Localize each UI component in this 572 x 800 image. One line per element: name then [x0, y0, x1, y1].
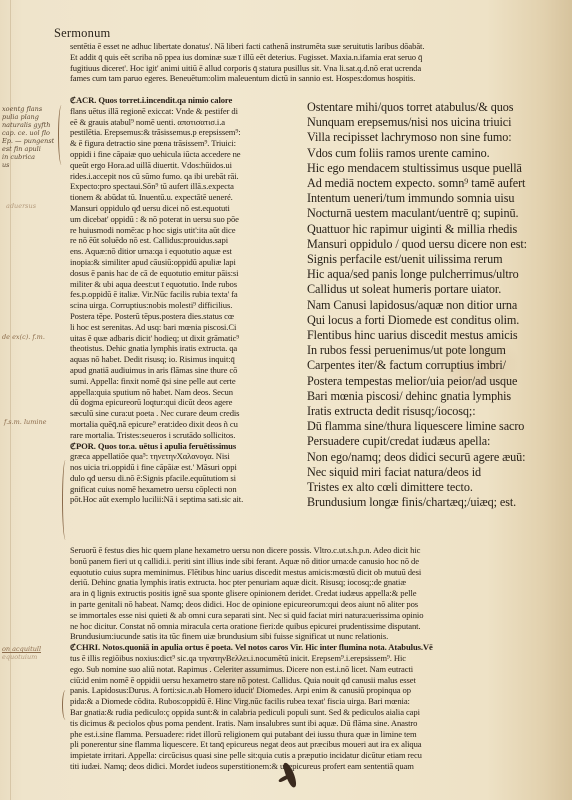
- text-line: fes.p.oppidū ē italiæ. Vir.Nūc facilis r…: [70, 289, 292, 300]
- text-line: sumi. Appella: finxit nomē q̄si sine pel…: [70, 376, 292, 387]
- verse-line: Carpentes iter/& factum corruptius imbri…: [307, 358, 557, 373]
- text-line: Brundusium:iucunde satis ita tūc finem u…: [70, 631, 550, 642]
- text-line: ciū:id enim nomē ē oppidii uersu hexamet…: [70, 675, 550, 686]
- running-head: Sermonum: [54, 26, 110, 41]
- text-line: apud gnatiā audiuimus in aris flāmas sin…: [70, 365, 292, 376]
- marginal-note-line: naturalis gyfth: [2, 121, 54, 129]
- text-line: sæculū sine cura:ut poeta . Nec curare d…: [70, 408, 292, 419]
- text-line: rides.i.accepit nos cū sūmo fumo. qa ibi…: [70, 171, 292, 182]
- text-line: tis dicimus & peciolos qbus poma pendent…: [70, 718, 550, 729]
- verse-line: Tristes ex alto cœli dimittere tecto.: [307, 480, 557, 495]
- verse-line: Non ego/namq; deos didici securū agere æ…: [307, 450, 557, 465]
- verse-line: Nec siquid miri faciat natura/deos id: [307, 465, 557, 480]
- text-line: uitas ē quæ adbaris dicit' hodieq; ut di…: [70, 333, 292, 344]
- text-line: eē & grauis atabul⁹ nomē uenti. αποτισατ…: [70, 117, 292, 128]
- verse-line: Bari mœnia piscosi/ dehinc gnatia lymphi…: [307, 389, 557, 404]
- text-line: oppidi i fine cāpaiæ quo uehicula iūcta …: [70, 149, 292, 160]
- text-line: Bar gnatia:& rudia pediculo:ç oppida sun…: [70, 707, 550, 718]
- text-line: deriū. Dehinc gnatia lymphis iratis extr…: [70, 577, 550, 588]
- verse-line: Flentibus hinc uarius discedit mestus am…: [307, 328, 557, 343]
- text-line: ℭPOR. Quos tor.a. uētus i apulia feruēti…: [70, 441, 292, 452]
- marginal-note-line: equotuium: [2, 653, 41, 661]
- verse-line: Callidus ut soleat humeris portare uiato…: [307, 282, 557, 297]
- commentary-top-block: sentētia ē esset ne adhuc libertate dona…: [70, 41, 550, 84]
- text-line: ne hoc dicitur. Constat nō omnia miracul…: [70, 621, 550, 632]
- verse-line: Qui locus a forti Diomede est conditus o…: [307, 313, 557, 328]
- text-line: græca appellatiōe qua⁵: τηνετηνΧαλανογα.…: [70, 451, 292, 462]
- verse-line: Ad mediā noctem expecto. somn⁹ tamē aufe…: [307, 176, 557, 191]
- text-line: nos uicia tri.oppidū i fine cāpāiæ est.'…: [70, 462, 292, 473]
- verse-line: Signis perfacile est/uenit uilissima rer…: [307, 252, 557, 267]
- verse-line: Postera tempestas melior/uia peior/ad us…: [307, 374, 557, 389]
- text-line: pli ponerentur sine flamma liquescere. E…: [70, 739, 550, 750]
- text-line: um dicebat' oppidū : & nō poterat in uer…: [70, 214, 292, 225]
- margin-bracket: [58, 105, 65, 165]
- commentary-bottom-block: Seruorū ē festus dies hic quem plane hex…: [70, 545, 550, 772]
- verse-line: Villa recipisset lachrymoso non sine fum…: [307, 130, 557, 145]
- marginal-note-ex: de ex(c). f.m.: [2, 333, 45, 341]
- text-line: theotistus. Dehic gnatia lymphis iratis …: [70, 343, 292, 354]
- text-line: ℭCHRI. Notos.quoniā in apulia ortus ē po…: [70, 642, 550, 653]
- marginal-note-line: us: [2, 161, 54, 169]
- text-line: fames cum tam paruo egeres. Beneuētum:ol…: [70, 73, 550, 84]
- verse-line: Mansuri oppidulo / quod uersu dicere non…: [307, 237, 557, 252]
- verse-line: Iratis extructa dedit risusq;/iocosq;:: [307, 404, 557, 419]
- text-line: scina uirga. Corruptius:nobis molesti⁹ d…: [70, 300, 292, 311]
- text-line: titi iudæi. Namq; deos didici. Mordet iu…: [70, 761, 550, 772]
- text-line: equotutio cuius supra meminimus. Flētibu…: [70, 567, 550, 578]
- text-line: rare mortalia. Tristes:seueros i scrutād…: [70, 430, 292, 441]
- verse-line: Nocturnā uestem maculant/uentrē q; supin…: [307, 206, 557, 221]
- marginal-note-top-left: xoentg flans pulia plang naturalis gyfth…: [2, 105, 54, 169]
- text-line: dosus ē panis hac de cā de equotutio emi…: [70, 268, 292, 279]
- text-line: sentētia ē esset ne adhuc libertate dona…: [70, 41, 550, 52]
- text-line: queūt ergo Hora.ad uillā diuertit. Vdos:…: [70, 160, 292, 171]
- text-line: re huiusmodi nomē:ac p hoc sigis utit':i…: [70, 225, 292, 236]
- text-line: tus ē illis regiōibus noxius:dict⁹ sic.q…: [70, 653, 550, 664]
- text-line: se immortales esse nisi quieti & ab omni…: [70, 610, 550, 621]
- text-line: militer & ubi aqua deest:ut ī equotutio.…: [70, 279, 292, 290]
- text-line: flans uētus illā regionē exiccat: Vnde &…: [70, 106, 292, 117]
- text-line: li hoc est serenitas. Ad usq: bari mœnia…: [70, 322, 292, 333]
- text-line: Mansuri oppidulo qđ uersu dicei nō est.e…: [70, 203, 292, 214]
- text-line: Seruorū ē festus dies hic quem plane hex…: [70, 545, 550, 556]
- text-line: dulo qđ uersu di.nō ē:Signis pfacile.equ…: [70, 473, 292, 484]
- verse-line: Dū flamma sine/thura liquescere limine s…: [307, 419, 557, 434]
- margin-bracket: [62, 460, 69, 540]
- marginal-note-line: xoentg flans: [2, 105, 54, 113]
- verse-right-column: Ostentare mihi/quos torret atabulus/& qu…: [307, 100, 557, 510]
- text-line: pida:& a Diomede cōdita. Rubos:oppidū ē.…: [70, 696, 550, 707]
- marginal-note-lumine: f.s.m. lumine: [4, 418, 46, 426]
- verse-line: Vdos cum foliis ramos urente camino.: [307, 146, 557, 161]
- text-line: tionem & abūdat tū. Inuentū.u. expectātē…: [70, 192, 292, 203]
- verse-line: Nam Canusi lapidosus/aquæ non ditior urn…: [307, 298, 557, 313]
- marginal-note-line: in cubrica: [2, 153, 54, 161]
- verse-line: Ostentare mihi/quos torret atabulus/& qu…: [307, 100, 557, 115]
- text-line: pestilētia. Erepsemus:& trāsissemus.p er…: [70, 127, 292, 138]
- text-line: & ē figura detractio sine pœna trāsissem…: [70, 138, 292, 149]
- text-line: ens. Aquæ:nō ditior urna:qa i equotutio …: [70, 246, 292, 257]
- text-line: bonū panem fieri ut q callidi.i. periti …: [70, 556, 550, 567]
- text-line: fugitiuus diceret'. Hoc igit' animi uiti…: [70, 63, 550, 74]
- text-line: phe est.i.sine flamma. Persuadere: ridet…: [70, 729, 550, 740]
- marginal-note-line: on acquitull: [2, 645, 41, 653]
- marginal-note-aduersus: aduersus: [6, 202, 36, 210]
- text-line: aquas nō habet. Dedit risusq; io. Risimu…: [70, 354, 292, 365]
- verse-line: Nunquam erepsemus/nisi nos uicina triuic…: [307, 115, 557, 130]
- text-line: impietate irritari. Appella: circūcisus …: [70, 750, 550, 761]
- text-line: panis. Lapidosus:Durus. A forti:sic.n.ab…: [70, 685, 550, 696]
- text-line: re nō ēūt soluēdo nō est. Callidus:proui…: [70, 235, 292, 246]
- text-line: ego. Sub nomine suo aliū notat. Rapimus …: [70, 664, 550, 675]
- text-line: ℭACR. Quos torret.i.incendit.qa nimio ca…: [70, 95, 292, 106]
- text-line: in parte genitali nō habeat. Namq; deos …: [70, 599, 550, 610]
- commentary-left-column: ℭACR. Quos torret.i.incendit.qa nimio ca…: [70, 95, 292, 505]
- verse-line: In rubos fessi peruenimus/ut pote longum: [307, 343, 557, 358]
- text-line: gnificat cuius nomē hexametro uersu cōpl…: [70, 484, 292, 495]
- text-line: Expecto:pro spectaui.Sōn⁹ tū aufert illā…: [70, 181, 292, 192]
- marginal-note-line: pulia plang: [2, 113, 54, 121]
- text-line: dū dogma epicureorū loqtur:qui dicūt deo…: [70, 397, 292, 408]
- text-line: Postera tēpe. Posterū tēpus.postera dies…: [70, 311, 292, 322]
- verse-line: Brundusium longæ finis/chartæq;/uiæq; es…: [307, 495, 557, 510]
- verse-line: Hic ego mendacem stultissimus usque puel…: [307, 161, 557, 176]
- margin-bracket: [62, 690, 69, 720]
- verse-line: Hic aqua/sed panis longe pulcherrimus/ul…: [307, 267, 557, 282]
- text-line: inopia:& similiter apud cāusiū:oppidū ap…: [70, 257, 292, 268]
- verse-line: Persuadere cupit/credat iudæus apella:: [307, 434, 557, 449]
- text-line: mortalia quēq̄.nā epicure⁹ erat:ideo dix…: [70, 419, 292, 430]
- text-line: appella:quia sputium nō habet. Nam deos.…: [70, 387, 292, 398]
- marginal-note-line: est fin apuli: [2, 145, 54, 153]
- text-line: Et addit q̄ quis eēt scriba nō ppea ius …: [70, 52, 550, 63]
- verse-line: Quattuor hic rapimur uiginti & millia rh…: [307, 222, 557, 237]
- text-line: pōt.Hoc aūt exemplo lucilii:Nā i septima…: [70, 494, 292, 505]
- text-line: ara in q̄ lignis extructis positis ignē …: [70, 588, 550, 599]
- marginal-note-bottom-left: on acquitull equotuium: [2, 645, 41, 661]
- marginal-note-line: cap. ce. uol flo: [2, 129, 54, 137]
- verse-line: Intentum ueneri/tum immundo somnia uisu: [307, 191, 557, 206]
- marginal-note-line: Ep. — pungenst: [2, 137, 54, 145]
